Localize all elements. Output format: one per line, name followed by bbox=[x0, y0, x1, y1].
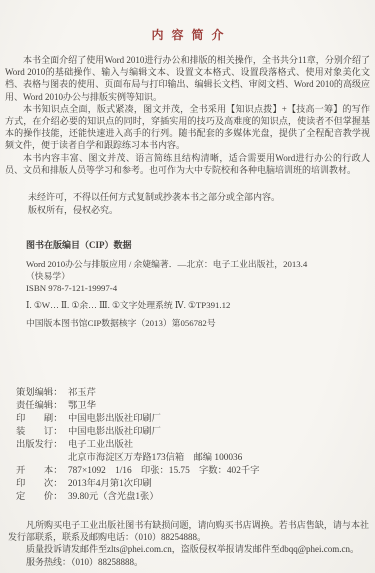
credit-label: 印 次： bbox=[16, 478, 65, 491]
credit-row: 印 刷： 中国电影出版社印刷厂 bbox=[16, 413, 375, 426]
copyright-line: 未经许可，不得以任何方式复制或抄袭本书之部分或全部内容。 bbox=[28, 191, 375, 204]
service-notice: 凡所购买电子工业出版社图书有缺损问题，请向购买书店调换。若书店售缺，请与本社发行… bbox=[8, 519, 369, 568]
intro-paragraph: 本书全面介绍了使用Word 2010进行办公和排版的相关操作，全书共分11章，分… bbox=[5, 54, 370, 103]
credit-label: 策划编辑： bbox=[16, 387, 65, 400]
credit-row: 装 订： 中国电影出版社印刷厂 bbox=[16, 426, 375, 439]
credit-label: 印 刷： bbox=[16, 413, 65, 426]
credit-value: 39.80元（含光盘1张） bbox=[68, 491, 159, 504]
credit-row: 出版发行： 电子工业出版社 bbox=[16, 439, 375, 452]
cip-heading: 图书在版编目（CIP）数据 bbox=[26, 239, 355, 251]
credit-row: 策划编辑： 祁玉芹 bbox=[16, 387, 375, 400]
credit-value: 鄂卫华 bbox=[68, 400, 96, 413]
credit-label: 开 本： bbox=[16, 465, 65, 478]
credit-label: 定 价： bbox=[16, 491, 65, 504]
credit-value: 2013年4月第1次印刷 bbox=[68, 478, 152, 491]
copyright-notice: 未经许可，不得以任何方式复制或抄袭本书之部分或全部内容。 版权所有，侵权必究。 bbox=[28, 191, 375, 216]
credit-row: 印 次： 2013年4月第1次印刷 bbox=[16, 478, 375, 491]
credit-row: 责任编辑： 鄂卫华 bbox=[16, 400, 375, 413]
cip-classification-line: Ⅰ. ①W… Ⅱ. ①余… Ⅲ. ①文字处理系统 Ⅳ. ①TP391.12 bbox=[26, 299, 355, 311]
copyright-line: 版权所有，侵权必究。 bbox=[28, 204, 375, 217]
credit-row: 定 价： 39.80元（含光盘1张） bbox=[16, 491, 375, 504]
intro-paragraph: 本书内容丰富、图文并茂、语言简练且结构清晰，适合需要用Word进行办公的行政人员… bbox=[5, 152, 370, 176]
service-notice-line: 服务热线：（010）88258888。 bbox=[8, 556, 369, 568]
cip-data-block: 图书在版编目（CIP）数据 Word 2010办公与排版应用 / 余婕编著．—北… bbox=[26, 239, 355, 329]
credit-value: 祁玉芹 bbox=[68, 387, 96, 400]
credit-row-address: 北京市海淀区万寿路173信箱 邮编 100036 bbox=[16, 452, 375, 465]
credit-label: 出版发行： bbox=[16, 439, 65, 452]
publication-credits: 策划编辑： 祁玉芹 责任编辑： 鄂卫华 印 刷： 中国电影出版社印刷厂 装 订：… bbox=[16, 387, 375, 504]
cip-title-line: Word 2010办公与排版应用 / 余婕编著．—北京：电子工业出版社，2013… bbox=[26, 258, 355, 270]
service-notice-line: 凡所购买电子工业出版社图书有缺损问题，请向购买书店调换。若书店售缺，请与本社发行… bbox=[8, 519, 369, 543]
page-title: 内容简介 bbox=[0, 26, 375, 43]
credit-value: 中国电影出版社印刷厂 bbox=[68, 426, 161, 439]
credit-label: 装 订： bbox=[16, 426, 65, 439]
credit-value: 中国电影出版社印刷厂 bbox=[68, 413, 161, 426]
intro-section: 本书全面介绍了使用Word 2010进行办公和排版的相关操作，全书共分11章，分… bbox=[5, 54, 370, 176]
service-notice-line: 质量投诉请发邮件至zlts@phei.com.cn，盗版侵权举报请发邮件至dbq… bbox=[8, 543, 369, 555]
cip-registration-line: 中国版本图书馆CIP数据核字（2013）第056782号 bbox=[26, 317, 355, 329]
intro-paragraph: 本书知识点全面，版式紧凑，图文并茂，全书采用【知识点拨】+【技高一筹】的写作方式… bbox=[5, 103, 370, 152]
credit-label bbox=[16, 452, 65, 465]
credit-value: 787×1092 1/16 印张：15.75 字数：402千字 bbox=[68, 465, 259, 478]
credit-value: 电子工业出版社 bbox=[68, 439, 133, 452]
book-copyright-page: 内容简介 本书全面介绍了使用Word 2010进行办公和排版的相关操作，全书共分… bbox=[0, 0, 375, 573]
publisher-address: 北京市海淀区万寿路173信箱 邮编 100036 bbox=[68, 452, 242, 465]
cip-series-line: （快易学） bbox=[26, 270, 355, 282]
credit-label: 责任编辑： bbox=[16, 400, 65, 413]
credit-row: 开 本： 787×1092 1/16 印张：15.75 字数：402千字 bbox=[16, 465, 375, 478]
cip-isbn-line: ISBN 978-7-121-19997-4 bbox=[26, 282, 355, 294]
